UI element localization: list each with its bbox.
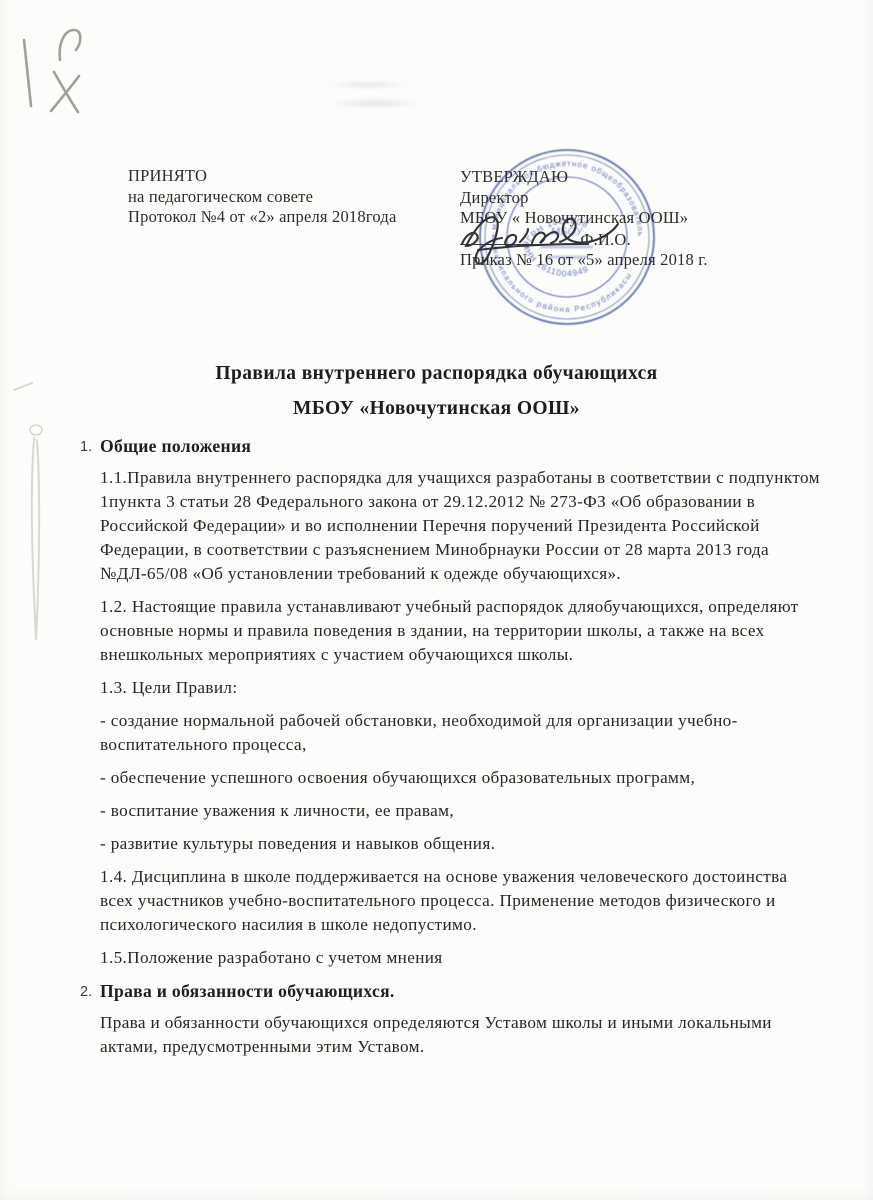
scan-scratch-artifact <box>14 383 42 640</box>
goal-item-4: - развитие культуры поведения и навыков … <box>100 832 822 856</box>
paragraph-1-1: 1.1.Правила внутреннего распорядка для у… <box>100 466 822 586</box>
paragraph-1-4: 1.4. Дисциплина в школе поддерживается н… <box>100 865 822 937</box>
section-2-heading-text: Права и обязанности обучающихся. <box>100 981 395 1001</box>
accepted-title: ПРИНЯТО <box>128 166 438 187</box>
paragraph-1-5: 1.5.Положение разработано с учетом мнени… <box>100 946 822 970</box>
goal-item-3: - воспитание уважения к личности, ее пра… <box>100 799 822 823</box>
bleed-through-smudge <box>305 78 445 112</box>
paragraph-2-1: Права и обязанности обучающихся определя… <box>100 1011 822 1059</box>
approved-line2: Директор <box>460 188 800 209</box>
approved-title: УТВЕРЖДАЮ <box>460 167 800 188</box>
section-1-heading-text: Общие положения <box>100 436 251 456</box>
goal-item-2: - обеспечение успешного освоения обучающ… <box>100 766 822 790</box>
accepted-line2: на педагогическом совете <box>128 187 438 208</box>
title-line-1: Правила внутреннего распорядка обучающих… <box>60 356 813 391</box>
director-signature <box>448 206 638 266</box>
section-1-heading: 1. Общие положения <box>100 434 822 458</box>
section-2-number: 2. <box>80 980 92 1004</box>
document-title: Правила внутреннего распорядка обучающих… <box>60 356 813 426</box>
accepted-line3: Протокол №4 от «2» апреля 2018года <box>128 207 438 228</box>
goal-item-1: - создание нормальной рабочей обстановки… <box>100 709 822 757</box>
section-2-heading: 2. Права и обязанности обучающихся. <box>100 979 822 1003</box>
section-1-number: 1. <box>80 435 92 459</box>
paragraph-1-2: 1.2. Настоящие правила устанавливают уче… <box>100 595 822 667</box>
paragraph-1-3: 1.3. Цели Правил: <box>100 676 822 700</box>
accepted-block: ПРИНЯТО на педагогическом совете Протоко… <box>128 166 438 228</box>
pencil-mark-1x <box>24 30 80 112</box>
scanned-document-page: • муниципальное бюджетное общеобразовате… <box>0 0 873 1200</box>
title-line-2: МБОУ «Новочутинская ООШ» <box>60 391 813 426</box>
document-body: 1. Общие положения 1.1.Правила внутренне… <box>100 434 822 1068</box>
